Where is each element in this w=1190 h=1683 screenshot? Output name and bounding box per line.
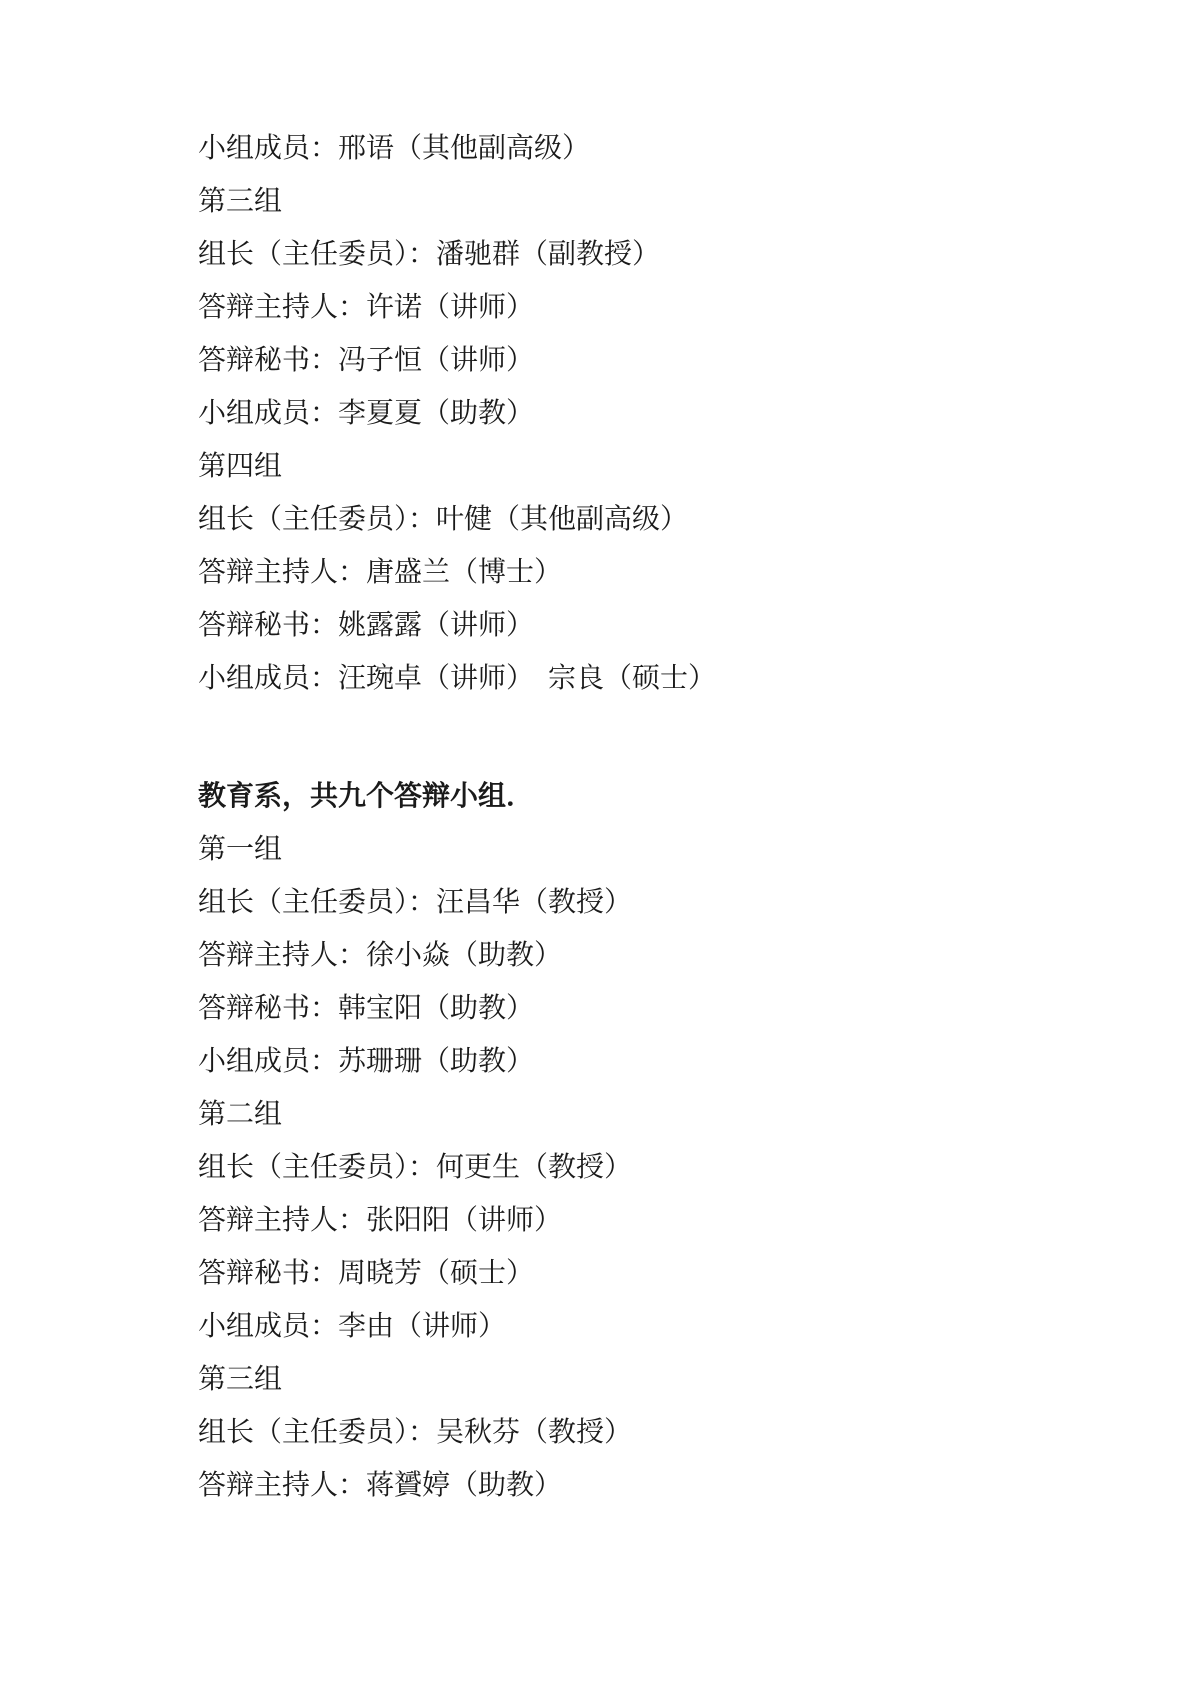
line-host: 答辩主持人：蒋贇婷（助教） (198, 1459, 1120, 1512)
line-host: 答辩主持人：许诺（讲师） (198, 281, 1120, 334)
line-host: 答辩主持人：唐盛兰（博士） (198, 546, 1120, 599)
line-group-title: 第三组 (198, 175, 1120, 228)
line-member: 小组成员：李夏夏（助教） (198, 387, 1120, 440)
line-group-title: 第一组 (198, 823, 1120, 876)
line-group-title: 第二组 (198, 1088, 1120, 1141)
line-leader: 组长（主任委员）：汪昌华（教授） (198, 876, 1120, 929)
line-leader: 组长（主任委员）：吴秋芬（教授） (198, 1406, 1120, 1459)
document-content: 小组成员：邢语（其他副高级） 第三组 组长（主任委员）：潘驰群（副教授） 答辩主… (198, 122, 1120, 1512)
line-member: 小组成员：汪琬卓（讲师） 宗良（硕士） (198, 652, 1120, 705)
line-group-title: 第四组 (198, 440, 1120, 493)
line-leader: 组长（主任委员）：何更生（教授） (198, 1141, 1120, 1194)
line-member: 小组成员：邢语（其他副高级） (198, 122, 1120, 175)
line-host: 答辩主持人：张阳阳（讲师） (198, 1194, 1120, 1247)
line-secretary: 答辩秘书：韩宝阳（助教） (198, 982, 1120, 1035)
line-secretary: 答辩秘书：周晓芳（硕士） (198, 1247, 1120, 1300)
line-host: 答辩主持人：徐小焱（助教） (198, 929, 1120, 982)
line-leader: 组长（主任委员）：叶健（其他副高级） (198, 493, 1120, 546)
line-group-title: 第三组 (198, 1353, 1120, 1406)
line-leader: 组长（主任委员）：潘驰群（副教授） (198, 228, 1120, 281)
line-secretary: 答辩秘书：冯子恒（讲师） (198, 334, 1120, 387)
section-heading-education-dept: 教育系，共九个答辩小组． (198, 770, 1120, 823)
line-member: 小组成员：苏珊珊（助教） (198, 1035, 1120, 1088)
line-secretary: 答辩秘书：姚露露（讲师） (198, 599, 1120, 652)
line-member: 小组成员：李由（讲师） (198, 1300, 1120, 1353)
document-page: 小组成员：邢语（其他副高级） 第三组 组长（主任委员）：潘驰群（副教授） 答辩主… (0, 0, 1190, 1683)
